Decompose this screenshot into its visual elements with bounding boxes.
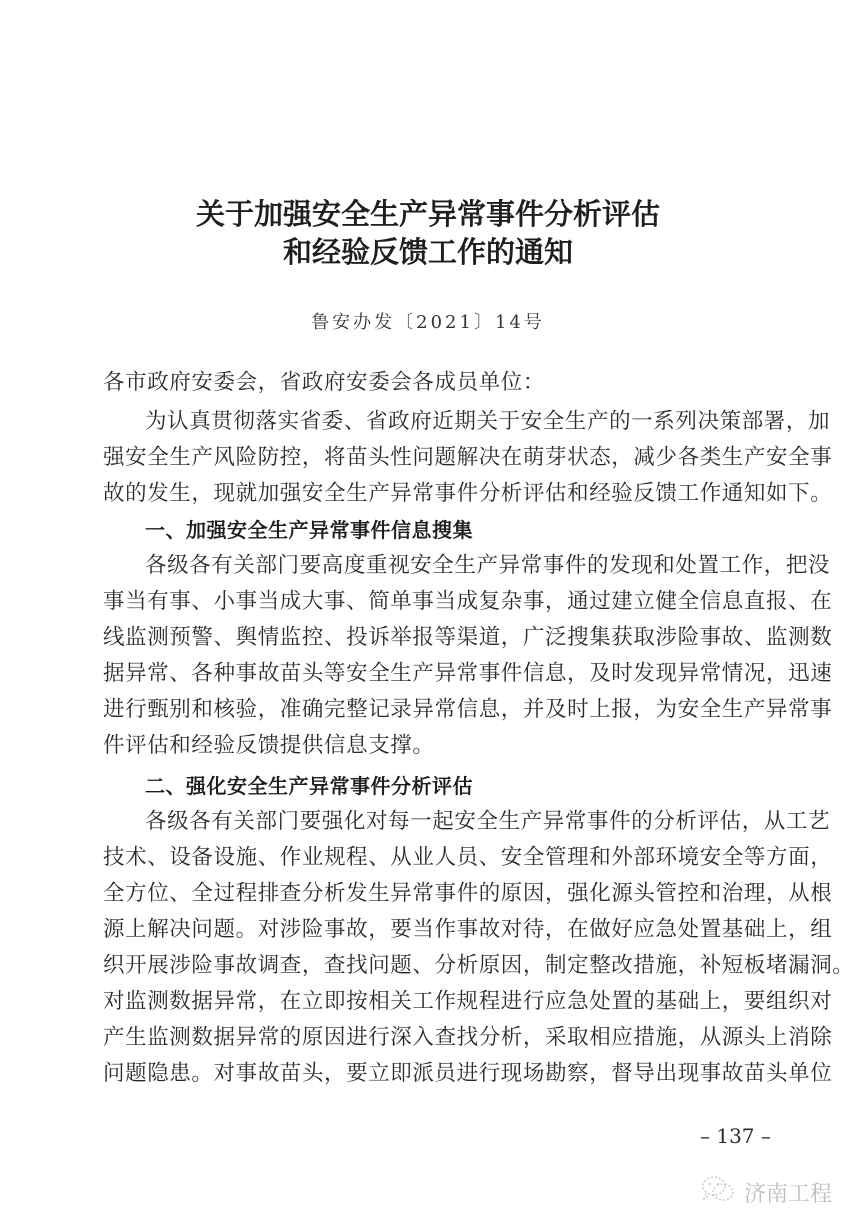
document-title-line-2: 和经验反馈工作的通知 [0,233,856,271]
section-heading-2: 二、强化安全生产异常事件分析评估 [145,772,473,800]
paragraph-line: 事当有事、小事当成大事、简单事当成复杂事，通过建立健全信息直报、在 [103,588,767,616]
salutation: 各市政府安委会，省政府安委会各成员单位： [103,369,767,397]
paragraph-line: 故的发生，现就加强安全生产异常事件分析评估和经验反馈工作通知如下。 [103,480,767,508]
watermark: 济南工程 [700,1174,832,1210]
paragraph-line: 线监测预警、舆情监控、投诉举报等渠道，广泛搜集获取涉险事故、监测数 [103,624,767,652]
paragraph-line: 件评估和经验反馈提供信息支撑。 [103,732,767,760]
paragraph-line: 进行甄别和核验，准确完整记录异常信息，并及时上报，为安全生产异常事 [103,696,767,724]
paragraph-line: 产生监测数据异常的原因进行深入查找分析，采取相应措施，从源头上消除 [103,1024,767,1052]
paragraph-line: 为认真贯彻落实省委、省政府近期关于安全生产的一系列决策部署，加 [145,408,767,436]
paragraph-line: 据异常、各种事故苗头等安全生产异常事件信息，及时发现异常情况，迅速 [103,660,767,688]
page-number: – 137 – [700,1124,771,1148]
document-number: 鲁安办发〔2021〕14号 [0,308,856,334]
paragraph-line: 各级各有关部门要高度重视安全生产异常事件的发现和处置工作，把没 [145,552,767,580]
watermark-label: 济南工程 [744,1177,832,1208]
paragraph-line: 对监测数据异常，在立即按相关工作规程进行应急处置的基础上，要组织对 [103,988,767,1016]
section-heading-1: 一、加强安全生产异常事件信息搜集 [145,516,473,544]
paragraph-line: 全方位、全过程排查分析发生异常事件的原因，强化源头管控和治理，从根 [103,880,767,908]
paragraph-line: 问题隐患。对事故苗头，要立即派员进行现场勘察，督导出现事故苗头单位 [103,1060,767,1088]
paragraph-line: 强安全生产风险防控，将苗头性问题解决在萌芽状态，减少各类生产安全事 [103,444,767,472]
wechat-icon [700,1174,736,1210]
paragraph-line: 织开展涉险事故调查，查找问题、分析原因，制定整改措施，补短板堵漏洞。 [103,952,767,980]
paragraph-line: 各级各有关部门要强化对每一起安全生产异常事件的分析评估，从工艺 [145,808,767,836]
paragraph-line: 源上解决问题。对涉险事故，要当作事故对待，在做好应急处置基础上，组 [103,916,767,944]
document-title-line-1: 关于加强安全生产异常事件分析评估 [0,195,856,233]
paragraph-line: 技术、设备设施、作业规程、从业人员、安全管理和外部环境安全等方面， [103,844,767,872]
